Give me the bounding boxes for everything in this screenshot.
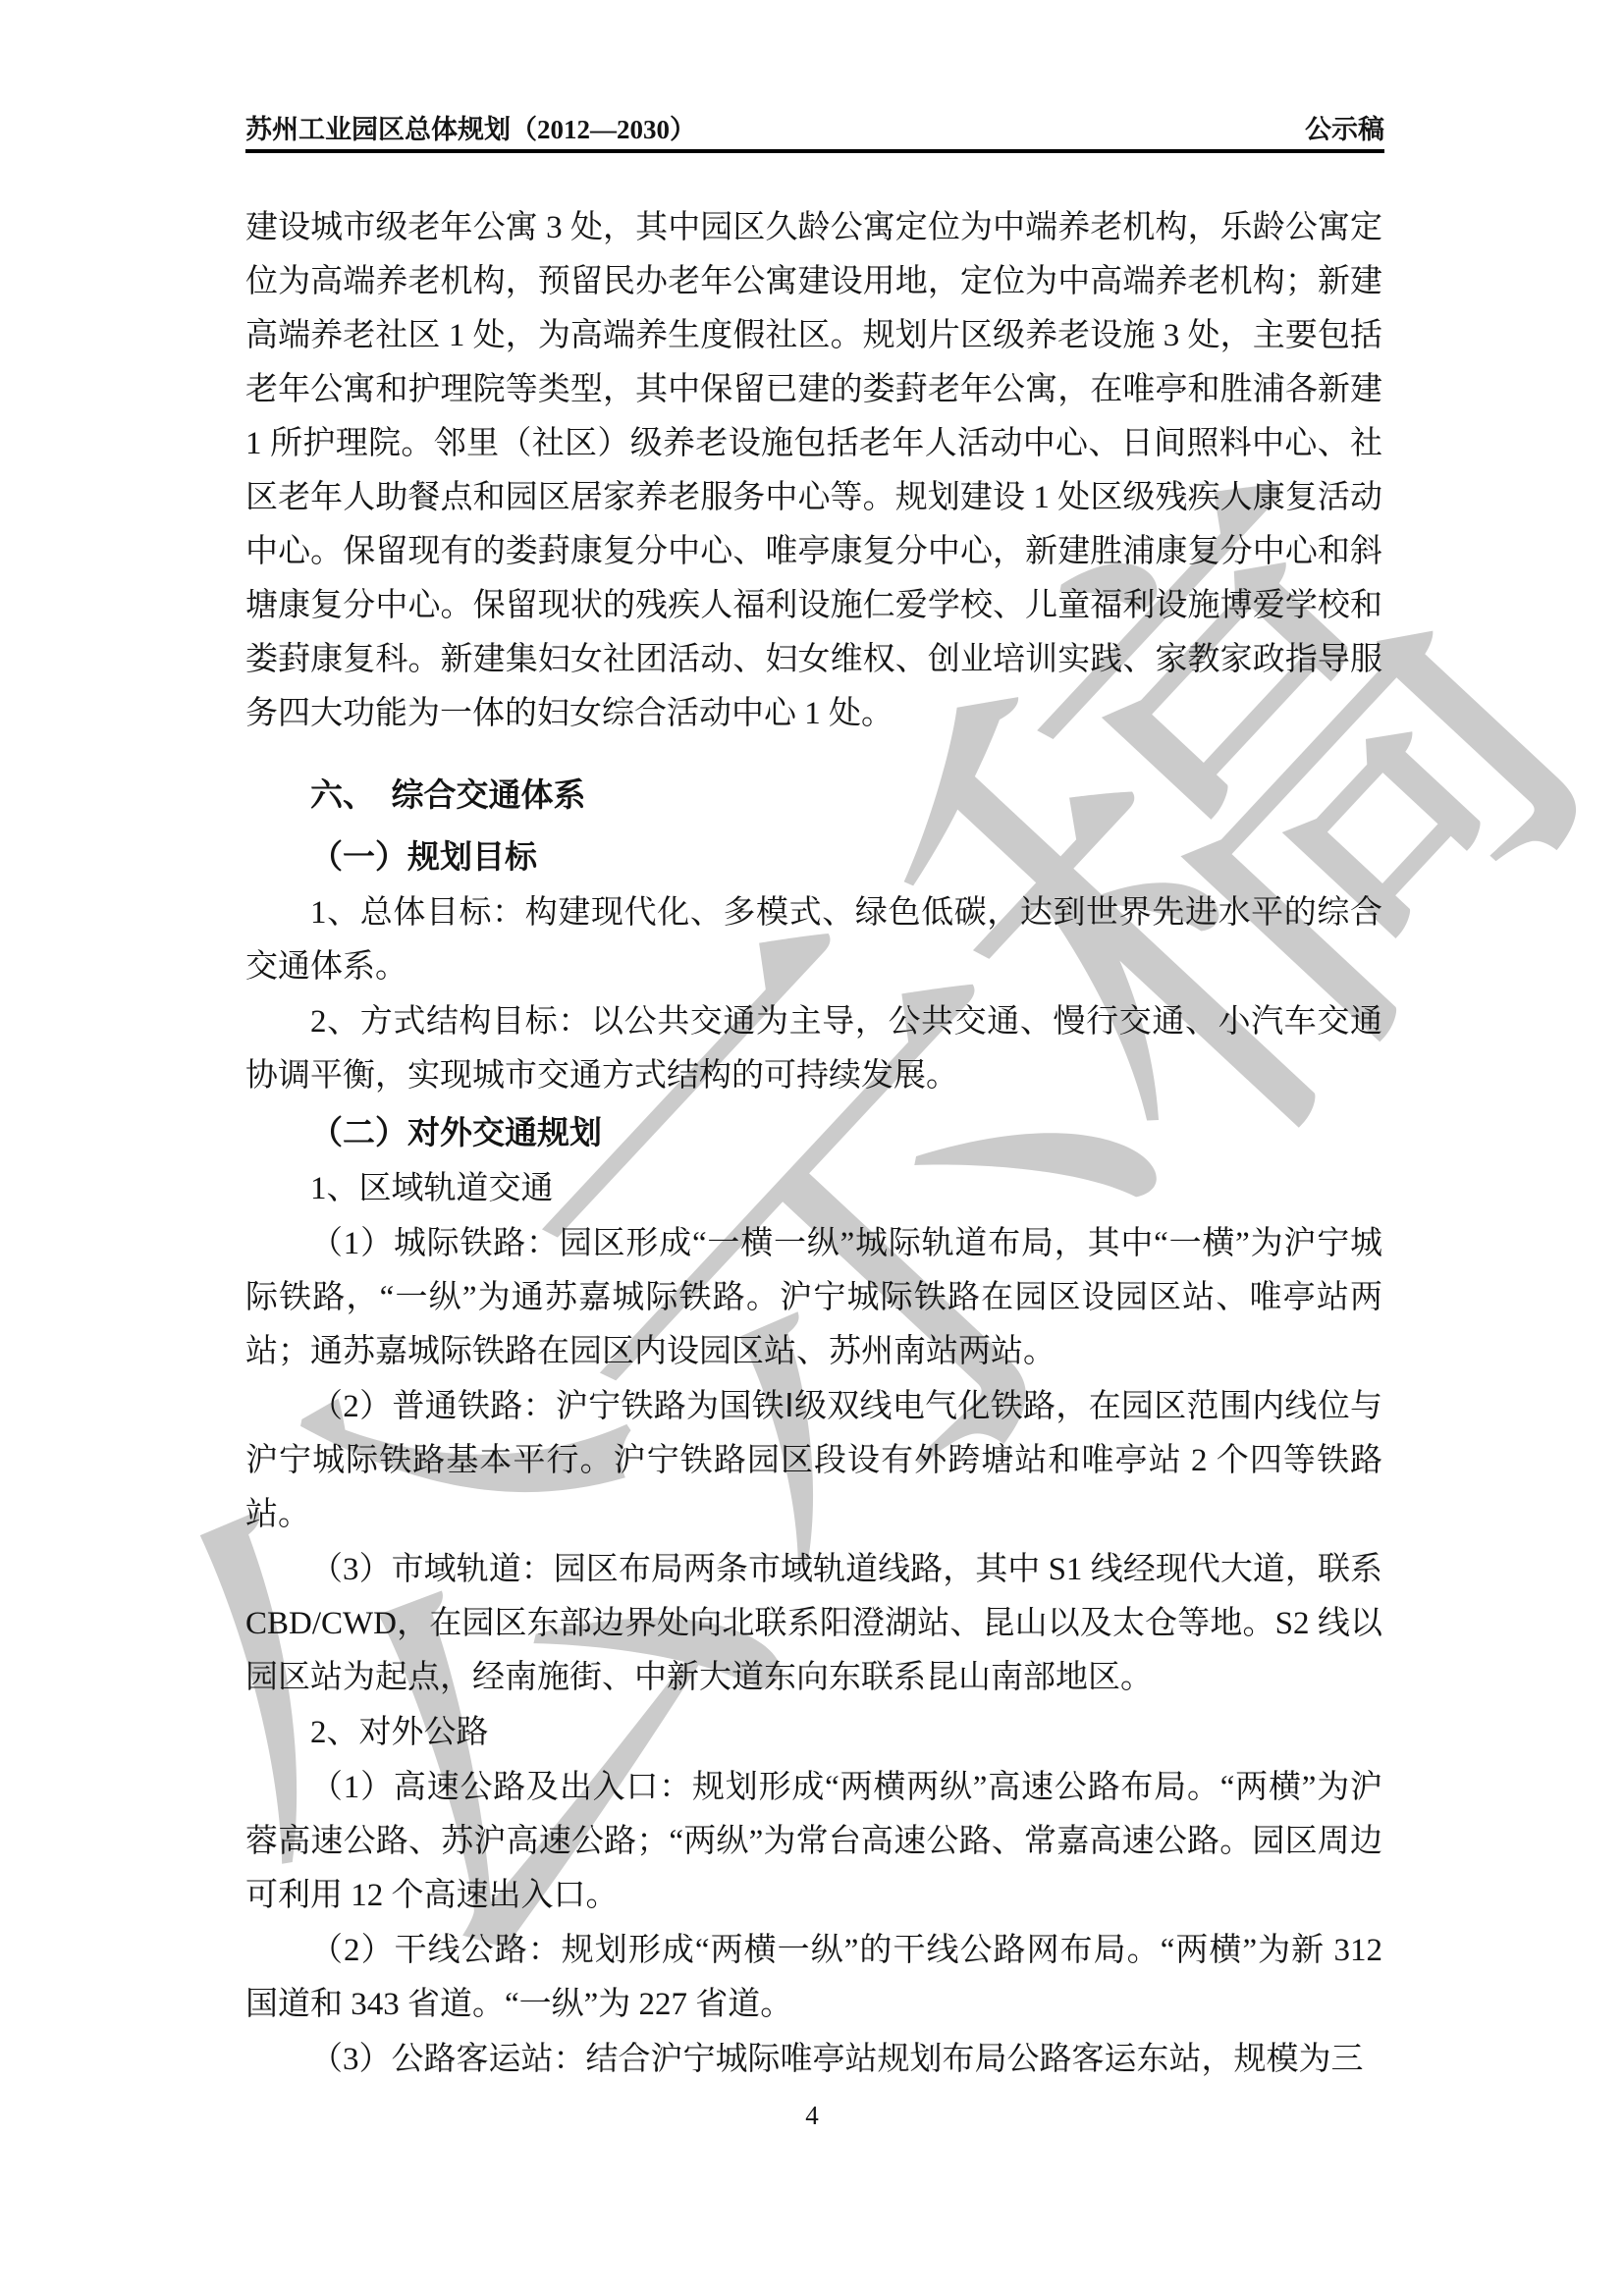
body-paragraph: （2）普通铁路：沪宁铁路为国铁Ⅰ级双线电气化铁路，在园区范围内线位与沪宁城际铁路… <box>245 1380 1382 1542</box>
subsection-heading: （二）对外交通规划 <box>245 1107 1382 1161</box>
document-body: 建设城市级老年公寓 3 处，其中园区久龄公寓定位为中端养老机构，乐龄公寓定位为高… <box>245 201 1382 2088</box>
body-paragraph: （1）城际铁路：园区形成“一横一纵”城际轨道布局，其中“一横”为沪宁城际铁路，“… <box>245 1217 1382 1379</box>
page-header: 苏州工业园区总体规划（2012—2030） 公示稿 <box>245 108 1384 146</box>
header-rule <box>245 149 1384 153</box>
body-paragraph: （3）公路客运站：结合沪宁城际唯亭站规划布局公路客运东站，规模为三 <box>245 2033 1382 2087</box>
body-paragraph: 建设城市级老年公寓 3 处，其中园区久龄公寓定位为中端养老机构，乐龄公寓定位为高… <box>245 201 1382 741</box>
subsection-heading: （一）规划目标 <box>245 831 1382 885</box>
body-paragraph: 2、方式结构目标：以公共交通为主导，公共交通、慢行交通、小汽车交通协调平衡，实现… <box>245 995 1382 1103</box>
body-paragraph: （1）高速公路及出入口：规划形成“两横两纵”高速公路布局。“两横”为沪蓉高速公路… <box>245 1761 1382 1923</box>
page-number: 4 <box>805 2101 819 2130</box>
document-page: 公示稿 苏州工业园区总体规划（2012—2030） 公示稿 建设城市级老年公寓 … <box>0 0 1624 2296</box>
body-paragraph: （3）市域轨道：园区布局两条市域轨道线路，其中 S1 线经现代大道，联系 CBD… <box>245 1543 1382 1705</box>
page-footer: 4 <box>0 2089 1624 2143</box>
header-title: 苏州工业园区总体规划（2012—2030） <box>245 108 696 146</box>
section-heading: 六、 综合交通体系 <box>245 768 1382 822</box>
body-paragraph: （2）干线公路：规划形成“两横一纵”的干线公路网布局。“两横”为新 312 国道… <box>245 1924 1382 2032</box>
body-paragraph: 1、总体目标：构建现代化、多模式、绿色低碳，达到世界先进水平的综合交通体系。 <box>245 886 1382 994</box>
body-paragraph: 2、对外公路 <box>245 1706 1382 1760</box>
header-tag: 公示稿 <box>1305 108 1384 146</box>
body-paragraph: 1、区域轨道交通 <box>245 1162 1382 1216</box>
